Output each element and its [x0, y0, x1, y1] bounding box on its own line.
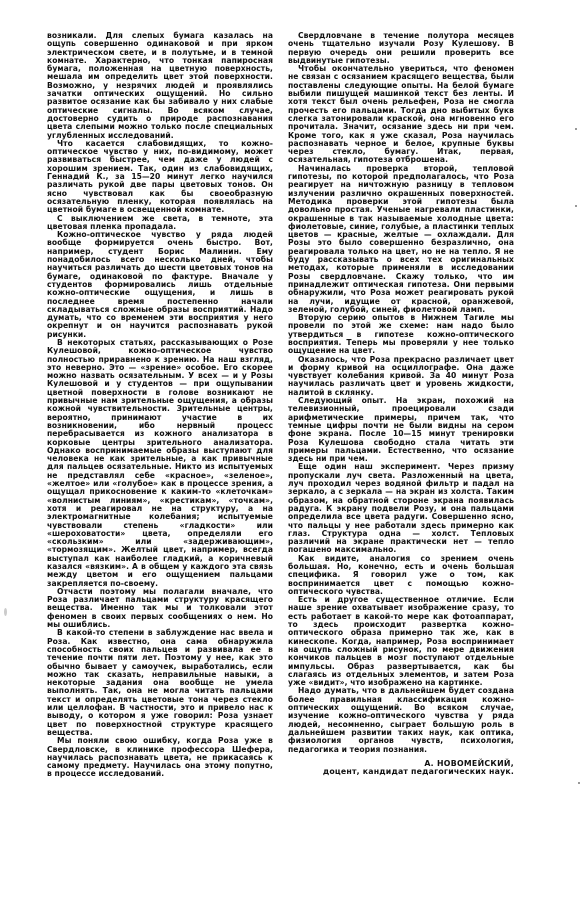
author-title: доцент, кандидат педагогических наук. — [288, 768, 514, 776]
paragraph: Отчасти поэтому мы полагали вначале, что… — [47, 588, 273, 629]
paragraph: Есть и другое существенное отличие. Если… — [288, 596, 514, 687]
print-speck — [575, 128, 577, 130]
paragraph: В какой-то степени в заблуждение нас вве… — [47, 629, 273, 737]
article-column-right: Свердловчане в течение полутора месяцев … — [288, 32, 514, 777]
magazine-page: возникали. Для слепых бумага казалась на… — [0, 0, 583, 900]
paragraph: С выключением же света, в темноте, эта ц… — [47, 215, 273, 232]
print-speck — [578, 782, 580, 784]
paragraph: Следующий опыт. На экран, похожий на тел… — [288, 397, 514, 463]
paragraph: Чтобы окончательно увериться, что феноме… — [288, 65, 514, 165]
paragraph: Оказалось, что Роза прекрасно различает … — [288, 356, 514, 397]
paragraph: Кожно-оптическое чувство у ряда людей во… — [47, 231, 273, 339]
paragraph: Вторую серию опытов в Нижнем Тагиле мы п… — [288, 314, 514, 355]
print-speck — [4, 608, 7, 616]
print-speck — [575, 205, 577, 207]
paragraph: Что касается слабовидящих, то кожно-опти… — [47, 140, 273, 215]
paragraph: Еще один наш эксперимент. Через призму п… — [288, 463, 514, 554]
paragraph: В некоторых статьях, рассказывающих о Ро… — [47, 339, 273, 588]
author-signature: А. НОВОМЕЙСКИЙ, доцент, кандидат педагог… — [288, 760, 514, 777]
paragraph: Мы поняли свою ошибку, когда Роза уже в … — [47, 737, 273, 778]
article-column-left: возникали. Для слепых бумага казалась на… — [47, 32, 273, 779]
paragraph: возникали. Для слепых бумага казалась на… — [47, 32, 273, 140]
paragraph: Начиналась проверка второй, тепловой гип… — [288, 165, 514, 314]
paragraph: Свердловчане в течение полутора месяцев … — [288, 32, 514, 65]
paragraph: Надо думать, что в дальнейшем будет созд… — [288, 687, 514, 753]
paragraph: Как видите, аналогия со зрением очень бо… — [288, 555, 514, 596]
